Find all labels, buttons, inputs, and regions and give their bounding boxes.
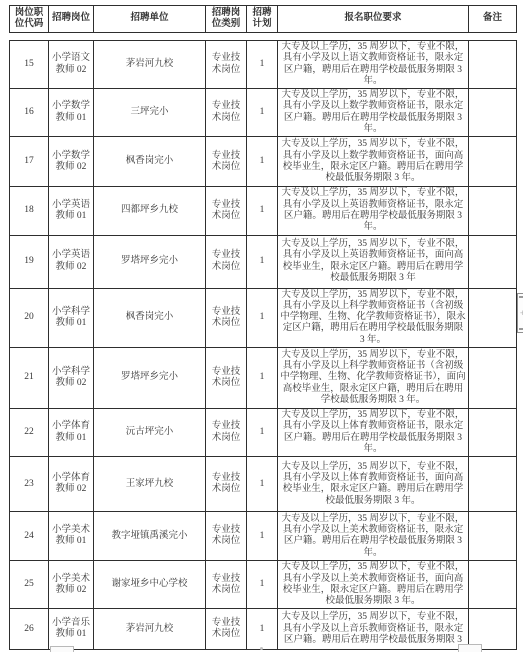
edge-scroll-handle[interactable]: + (517, 293, 523, 333)
cell-note (469, 288, 517, 347)
cell-position: 小学体育教师 01 (49, 409, 94, 457)
cell-plan: 1 (247, 187, 278, 235)
cell-note (469, 561, 517, 609)
cell-note (469, 137, 517, 187)
cell-category: 专业技术岗位 (206, 348, 247, 409)
cell-note (469, 235, 517, 288)
cell-unit: 王家坪九校 (94, 457, 206, 512)
cell-requirement: 大专及以上学历，35 周岁以下，专业不限，具有小学及以上英语教师资格证书，面向高… (278, 235, 469, 288)
cell-plan: 1 (247, 89, 278, 137)
cell-position: 小学美术教师 02 (49, 561, 94, 609)
cell-plan: 1 (247, 561, 278, 609)
table-row: 15 小学语文教师 02 茅岩河九校 专业技术岗位 1 大专及以上学历，35 周… (10, 41, 517, 89)
below-fold-dot (260, 647, 263, 650)
table-row: 19 小学英语教师 02 罗塔坪乡完小 专业技术岗位 1 大专及以上学历，35 … (10, 235, 517, 288)
cell-unit: 教字垭镇禹溪完小 (94, 512, 206, 561)
table-header: 岗位职位代码 招聘岗位 招聘单位 招聘岗位类别 招聘 计划 报名职位要求 备注 (9, 5, 517, 33)
cell-plan: 1 (247, 288, 278, 347)
cell-unit: 谢家垭乡中心学校 (94, 561, 206, 609)
cell-position: 小学语文教师 02 (49, 41, 94, 89)
cell-category: 专业技术岗位 (206, 609, 247, 650)
table-body: 15 小学语文教师 02 茅岩河九校 专业技术岗位 1 大专及以上学历，35 周… (9, 40, 517, 650)
cell-requirement: 大专及以上学历，35 周岁以下，专业不限，具有小学及以上数学教师资格证书，面向高… (278, 137, 469, 187)
cell-note (469, 457, 517, 512)
header-cell-position: 招聘岗位 (49, 6, 94, 33)
cell-code: 17 (10, 137, 49, 187)
cell-requirement: 大专及以上学历，35 周岁以下，专业不限，具有小学及以上体育教师资格证书，面向高… (278, 457, 469, 512)
table-row: 16 小学数学教师 01 三坪完小 专业技术岗位 1 大专及以上学历，35 周岁… (10, 89, 517, 137)
page: 岗位职位代码 招聘岗位 招聘单位 招聘岗位类别 招聘 计划 报名职位要求 备注 … (0, 0, 523, 652)
cell-unit: 枫香岗完小 (94, 137, 206, 187)
cell-code: 20 (10, 288, 49, 347)
cell-position: 小学科学教师 02 (49, 348, 94, 409)
cell-unit: 茅岩河九校 (94, 41, 206, 89)
cell-position: 小学体育教师 02 (49, 457, 94, 512)
cell-plan: 1 (247, 512, 278, 561)
cell-position: 小学数学教师 02 (49, 137, 94, 187)
cell-note (469, 512, 517, 561)
table-row: 23 小学体育教师 02 王家坪九校 专业技术岗位 1 大专及以上学历，35 周… (10, 457, 517, 512)
cell-note (469, 348, 517, 409)
cell-code: 23 (10, 457, 49, 512)
cell-code: 16 (10, 89, 49, 137)
cell-code: 24 (10, 512, 49, 561)
cell-plan: 1 (247, 409, 278, 457)
below-fold-box-right (458, 644, 482, 652)
header-cell-category: 招聘岗位类别 (206, 6, 247, 33)
cell-requirement: 大专及以上学历，35 周岁以下，专业不限，具有小学及以上美术教师资格证书，限永定… (278, 512, 469, 561)
cell-note (469, 409, 517, 457)
cell-code: 19 (10, 235, 49, 288)
header-cell-note: 备注 (469, 6, 517, 33)
cell-code: 26 (10, 609, 49, 650)
handle-dash-top-icon (519, 296, 523, 298)
cell-category: 专业技术岗位 (206, 409, 247, 457)
cell-position: 小学英语教师 01 (49, 187, 94, 235)
cell-requirement: 大专及以上学历，35 周岁以下，专业不限，具有小学及以上科学教师资格证书（含初级… (278, 288, 469, 347)
cell-category: 专业技术岗位 (206, 235, 247, 288)
cell-category: 专业技术岗位 (206, 288, 247, 347)
cell-unit: 茅岩河九校 (94, 609, 206, 650)
cell-unit: 四都坪乡九校 (94, 187, 206, 235)
cell-requirement: 大专及以上学历，35 周岁以下，专业不限，具有小学及以上美术教师资格证书，面向高… (278, 561, 469, 609)
handle-dash-bottom-icon (519, 328, 523, 330)
cell-requirement: 大专及以上学历，35 周岁以下，专业不限，具有小学及以上体育教师资格证书，限永定… (278, 409, 469, 457)
cell-position: 小学数学教师 01 (49, 89, 94, 137)
cell-position: 小学科学教师 01 (49, 288, 94, 347)
cell-code: 21 (10, 348, 49, 409)
cell-plan: 1 (247, 457, 278, 512)
table-row: 17 小学数学教师 02 枫香岗完小 专业技术岗位 1 大专及以上学历，35 周… (10, 137, 517, 187)
table-row: 21 小学科学教师 02 罗塔坪乡完小 专业技术岗位 1 大专及以上学历，35 … (10, 348, 517, 409)
table-row: 18 小学英语教师 01 四都坪乡九校 专业技术岗位 1 大专及以上学历，35 … (10, 187, 517, 235)
table-row: 26 小学音乐教师 01 茅岩河九校 专业技术岗位 1 大专及以上学历，35 周… (10, 609, 517, 650)
cell-code: 18 (10, 187, 49, 235)
cell-unit: 枫香岗完小 (94, 288, 206, 347)
cell-category: 专业技术岗位 (206, 137, 247, 187)
cell-plan: 1 (247, 609, 278, 650)
cell-category: 专业技术岗位 (206, 457, 247, 512)
cell-category: 专业技术岗位 (206, 41, 247, 89)
cell-category: 专业技术岗位 (206, 187, 247, 235)
cell-requirement: 大专及以上学历，35 周岁以下，专业不限，具有小学及以上科学教师资格证书（含初级… (278, 348, 469, 409)
below-fold-box-left (50, 646, 74, 652)
header-cell-unit: 招聘单位 (94, 6, 206, 33)
cell-unit: 罗塔坪乡完小 (94, 235, 206, 288)
table-row: 25 小学美术教师 02 谢家垭乡中心学校 专业技术岗位 1 大专及以上学历，3… (10, 561, 517, 609)
header-cell-requirement: 报名职位要求 (278, 6, 469, 33)
cell-category: 专业技术岗位 (206, 89, 247, 137)
cell-requirement: 大专及以上学历，35 周岁以下，专业不限，具有小学及以上音乐教师资格证书，限永定… (278, 609, 469, 650)
cell-code: 22 (10, 409, 49, 457)
cell-plan: 1 (247, 348, 278, 409)
cell-category: 专业技术岗位 (206, 561, 247, 609)
cell-position: 小学英语教师 02 (49, 235, 94, 288)
cell-requirement: 大专及以上学历，35 周岁以下，专业不限，具有小学及以上英语教师资格证书，限永定… (278, 187, 469, 235)
cell-unit: 罗塔坪乡完小 (94, 348, 206, 409)
header-cell-plan: 招聘 计划 (247, 6, 278, 33)
cell-position: 小学音乐教师 01 (49, 609, 94, 650)
cell-plan: 1 (247, 235, 278, 288)
cell-code: 15 (10, 41, 49, 89)
table-row: 22 小学体育教师 01 沅古坪完小 专业技术岗位 1 大专及以上学历，35 周… (10, 409, 517, 457)
cell-position: 小学美术教师 01 (49, 512, 94, 561)
cell-note (469, 41, 517, 89)
cell-plan: 1 (247, 41, 278, 89)
cell-category: 专业技术岗位 (206, 512, 247, 561)
cell-requirement: 大专及以上学历，35 周岁以下，专业不限，具有小学及以上语文教师资格证书，限永定… (278, 41, 469, 89)
table-row: 20 小学科学教师 01 枫香岗完小 专业技术岗位 1 大专及以上学历，35 周… (10, 288, 517, 347)
cell-code: 25 (10, 561, 49, 609)
cell-plan: 1 (247, 137, 278, 187)
cell-unit: 沅古坪完小 (94, 409, 206, 457)
table-row: 24 小学美术教师 01 教字垭镇禹溪完小 专业技术岗位 1 大专及以上学历，3… (10, 512, 517, 561)
cell-unit: 三坪完小 (94, 89, 206, 137)
plus-icon: + (518, 307, 523, 319)
cell-note (469, 89, 517, 137)
header-cell-code: 岗位职位代码 (10, 6, 49, 33)
cell-requirement: 大专及以上学历，35 周岁以下，专业不限，具有小学及以上数学教师资格证书，限永定… (278, 89, 469, 137)
header-row: 岗位职位代码 招聘岗位 招聘单位 招聘岗位类别 招聘 计划 报名职位要求 备注 (10, 6, 517, 33)
cell-note (469, 187, 517, 235)
